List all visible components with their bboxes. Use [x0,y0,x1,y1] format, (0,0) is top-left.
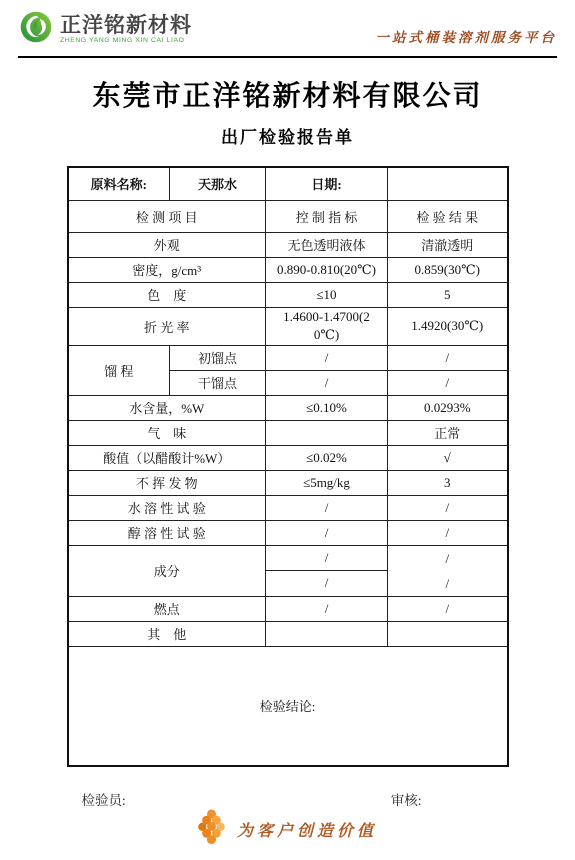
row-ignition-point: 燃点 / / [68,596,508,621]
ignition-result: / [388,596,508,621]
odor-result: 正常 [388,420,508,445]
initial-bp-control: / [266,345,388,370]
other-control [266,621,388,646]
col-header-result: 检 验 结 果 [388,200,508,232]
column-header-row: 检 测 项 目 控 制 指 标 检 验 结 果 [68,200,508,232]
dry-point-label: 干馏点 [170,370,266,395]
footer-slogan: 为客户创造价值 [237,818,377,841]
nonvolatile-control: ≤5mg/kg [266,470,388,495]
footer: 为客户创造价值 [0,809,575,850]
conclusion-label: 检验结论: [68,646,508,766]
material-name-value: 天那水 [170,167,266,200]
diamond-honeycomb-icon [198,809,225,850]
appearance-control: 无色透明液体 [266,232,388,257]
row-water-content: 水含量，%W ≤0.10% 0.0293% [68,395,508,420]
other-result [388,621,508,646]
density-result: 0.859(30℃) [388,257,508,282]
composition-result-1: / [388,546,507,571]
inspector-label: 检验员: [82,789,126,809]
info-row: 原料名称: 天那水 日期: [68,167,508,200]
report-page: 正洋铭新材料 ZHENG YANG MING XIN CAI LIAO 一站式桶… [0,0,575,860]
row-other: 其 他 [68,621,508,646]
color-degree-label: 色 度 [68,282,266,307]
color-degree-control: ≤10 [266,282,388,307]
col-header-control: 控 制 指 标 [266,200,388,232]
reviewer-label: 审核: [391,789,422,809]
row-nonvolatile: 不 挥 发 物 ≤5mg/kg 3 [68,470,508,495]
nonvolatile-result: 3 [388,470,508,495]
row-alcohol-solubility: 醇 溶 性 试 验 / / [68,520,508,545]
composition-control-1: / [266,545,388,571]
brand-swirl-icon [18,9,54,50]
composition-label: 成分 [68,545,266,596]
composition-result-cell: / / [388,545,508,596]
dry-point-result: / [388,370,508,395]
appearance-label: 外观 [68,232,266,257]
composition-control-2: / [266,571,388,597]
signature-row: 检验员: 审核: [68,789,508,809]
acid-value-control: ≤0.02% [266,445,388,470]
ignition-label: 燃点 [68,596,266,621]
odor-control [266,420,388,445]
refractive-label: 折 光 率 [68,307,266,345]
other-label: 其 他 [68,621,266,646]
row-color-degree: 色 度 ≤10 5 [68,282,508,307]
row-distillation-initial: 馏 程 初馏点 / / [68,345,508,370]
brand-logo: 正洋铭新材料 ZHENG YANG MING XIN CAI LIAO [18,9,192,50]
composition-result-2: / [388,571,507,596]
date-label: 日期: [266,167,388,200]
row-acid-value: 酸值（以醋酸计%W） ≤0.02% √ [68,445,508,470]
acid-value-label: 酸值（以醋酸计%W） [68,445,266,470]
header-rule [18,56,557,58]
water-content-label: 水含量，%W [68,395,266,420]
water-content-result: 0.0293% [388,395,508,420]
date-value [388,167,508,200]
refractive-control: 1.4600-1.4700(20℃) [266,307,388,345]
col-header-item: 检 测 项 目 [68,200,266,232]
row-refractive-index: 折 光 率 1.4600-1.4700(20℃) 1.4920(30℃) [68,307,508,345]
row-density: 密度，g/cm³ 0.890-0.810(20℃) 0.859(30℃) [68,257,508,282]
row-conclusion: 检验结论: [68,646,508,766]
water-solubility-label: 水 溶 性 试 验 [68,495,266,520]
water-content-control: ≤0.10% [266,395,388,420]
odor-label: 气 味 [68,420,266,445]
refractive-result: 1.4920(30℃) [388,307,508,345]
initial-bp-result: / [388,345,508,370]
alcohol-solubility-control: / [266,520,388,545]
water-solubility-control: / [266,495,388,520]
brand-name-en: ZHENG YANG MING XIN CAI LIAO [60,38,192,45]
dry-point-control: / [266,370,388,395]
distillation-group-label: 馏 程 [68,345,170,395]
row-composition-1: 成分 / / / [68,545,508,571]
material-name-label: 原料名称: [68,167,170,200]
color-degree-result: 5 [388,282,508,307]
alcohol-solubility-label: 醇 溶 性 试 验 [68,520,266,545]
row-odor: 气 味 正常 [68,420,508,445]
brand-name: 正洋铭新材料 [60,15,192,36]
alcohol-solubility-result: / [388,520,508,545]
tagline: 一站式桶装溶剂服务平台 [376,26,558,50]
density-label: 密度，g/cm³ [68,257,266,282]
company-title: 东莞市正洋铭新材料有限公司 [0,74,575,114]
inspection-table: 原料名称: 天那水 日期: 检 测 项 目 控 制 指 标 检 验 结 果 外观… [67,166,509,767]
acid-value-result: √ [388,445,508,470]
brand-text: 正洋铭新材料 ZHENG YANG MING XIN CAI LIAO [60,15,192,45]
initial-bp-label: 初馏点 [170,345,266,370]
report-subtitle: 出厂检验报告单 [0,123,575,148]
water-solubility-result: / [388,495,508,520]
ignition-control: / [266,596,388,621]
density-control: 0.890-0.810(20℃) [266,257,388,282]
nonvolatile-label: 不 挥 发 物 [68,470,266,495]
letterhead: 正洋铭新材料 ZHENG YANG MING XIN CAI LIAO 一站式桶… [0,0,575,56]
appearance-result: 清澈透明 [388,232,508,257]
row-appearance: 外观 无色透明液体 清澈透明 [68,232,508,257]
row-water-solubility: 水 溶 性 试 验 / / [68,495,508,520]
